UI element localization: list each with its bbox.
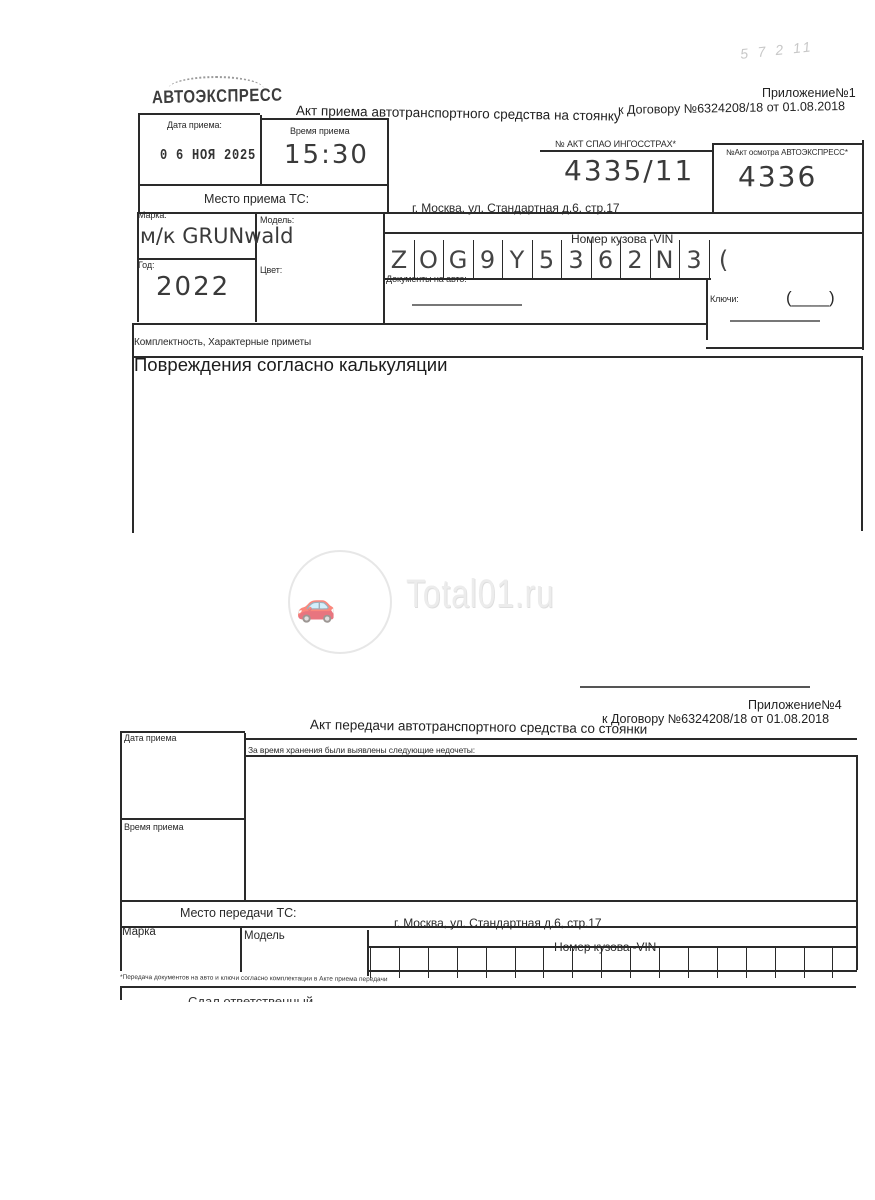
frame-line (706, 347, 863, 349)
autoexpress-logo: АВТОЭКСПРЕСС (152, 85, 283, 108)
frame-line (138, 113, 140, 213)
date-stamp-value: 0 6 НОЯ 2025 (160, 147, 256, 164)
reception-act-title: Акт приема автотранспортного средства на… (296, 103, 621, 124)
frame-line (120, 900, 857, 902)
vin-empty-cell (746, 948, 775, 978)
cut-off-signature-text: Сдал ответственный ... (188, 994, 328, 1002)
defects-label: За время хранения были выявлены следующи… (248, 745, 475, 755)
vin-empty-cell (457, 948, 486, 978)
frame-line (138, 184, 388, 186)
frame-line (245, 738, 857, 740)
frame-line (260, 115, 262, 185)
time-label: Время приема (290, 126, 349, 136)
vin-empty-cell (486, 948, 515, 978)
separator-dash (580, 686, 810, 688)
transfer-model-label: Модель (244, 930, 285, 942)
frame-line (712, 143, 714, 213)
damages-text: Повреждения согласно калькуляции (134, 354, 447, 376)
vin-empty-cell (543, 948, 572, 978)
transfer-act-title: Акт передачи автотранспортного средства … (310, 717, 647, 737)
autoexpress-act-label: №Акт осмотра АВТОЭКСПРЕСС* (726, 148, 848, 157)
vin-char-cell: 3 (679, 240, 708, 280)
frame-line (862, 140, 864, 350)
completeness-label: Комплектность, Характерные приметы (134, 337, 311, 348)
vin-char-cell: 5 (532, 240, 561, 280)
vin-empty-cell (775, 948, 804, 978)
model-label: Модель: (260, 215, 294, 225)
frame-line (137, 258, 255, 260)
frame-line (856, 755, 858, 970)
vin-empty-cell (832, 948, 861, 978)
place-label: Место приема ТС: (204, 192, 309, 206)
keys-value: (____) (786, 288, 835, 308)
documents-label: Документы на авто: (386, 274, 467, 284)
annex-1-label: Приложение№1 (762, 86, 856, 100)
frame-line (138, 113, 260, 115)
contract-reference-1: к Договору №6324208/18 от 01.08.2018 (618, 99, 845, 117)
make-value: м/к GRUNwald (140, 224, 293, 248)
color-label: Цвет: (260, 265, 282, 275)
frame-line (120, 986, 122, 1000)
vin-empty-cell (515, 948, 544, 978)
frame-line (712, 143, 862, 145)
make-label: Марка: (138, 210, 167, 220)
vin-empty-cell (688, 948, 717, 978)
time-value: 15:30 (284, 140, 369, 170)
transfer-place-value: г. Москва, ул. Стандартная д.6, стр.17 (394, 916, 601, 930)
year-label: Год: (138, 260, 154, 270)
frame-line (387, 118, 389, 213)
documents-dash (412, 304, 522, 306)
frame-line (120, 986, 856, 988)
keys-label: Ключи: (710, 294, 739, 304)
transfer-time-label: Время приема (124, 822, 183, 832)
keys-dash (730, 320, 820, 322)
date-label: Дата приема: (167, 120, 222, 130)
vin-char-cell: 9 (473, 240, 502, 280)
year-value: 2022 (156, 272, 230, 302)
vin-empty-cell (717, 948, 746, 978)
vin-char-cell: Y (502, 240, 531, 280)
vin-empty-cell (659, 948, 688, 978)
total01-watermark: 🚗 Total01.ru (288, 550, 588, 660)
vin-empty-cell (601, 948, 630, 978)
frame-line (240, 926, 242, 972)
frame-line (244, 733, 246, 901)
vin-char-cell: 2 (620, 240, 649, 280)
watermark-text: Total01.ru (406, 572, 555, 617)
vin-empty-cell (572, 948, 601, 978)
vin-empty-cell (630, 948, 659, 978)
footnote: *Передача документов на авто и ключи сог… (120, 974, 388, 983)
vin-empty-cell (428, 948, 457, 978)
frame-line (245, 755, 857, 757)
frame-line (132, 323, 707, 325)
vin-char-cell: N (650, 240, 679, 280)
annex-4-label: Приложение№4 (748, 698, 842, 712)
car-icon: 🚗 (296, 586, 336, 624)
transfer-place-label: Место передачи ТС: (180, 906, 296, 920)
frame-line (120, 818, 245, 820)
frame-line (706, 280, 708, 340)
transfer-make-label: Марка (122, 926, 156, 938)
autoexpress-act-value: 4336 (738, 160, 817, 193)
vin-empty-cell (370, 948, 399, 978)
vin-empty-cell (399, 948, 428, 978)
vin-char-cell: 3 (561, 240, 590, 280)
frame-line (367, 970, 857, 972)
place-value: г. Москва, ул. Стандартная д.6, стр.17 (412, 201, 619, 215)
ingosstrakh-act-label: № АКТ СПАО ИНГОССТРАХ* (555, 139, 676, 149)
ingosstrakh-act-value: 4335/11 (564, 154, 694, 187)
frame-line (861, 356, 863, 531)
vin-empty-cell (804, 948, 833, 978)
vin-char-cell: ( (709, 240, 738, 280)
frame-line (260, 118, 388, 120)
frame-line (540, 150, 712, 152)
corner-handwritten-mark: 5 7 2 11 (739, 38, 814, 62)
frame-line (120, 926, 857, 928)
vin-char-cell: 6 (591, 240, 620, 280)
transfer-date-label: Дата приема (124, 733, 176, 743)
